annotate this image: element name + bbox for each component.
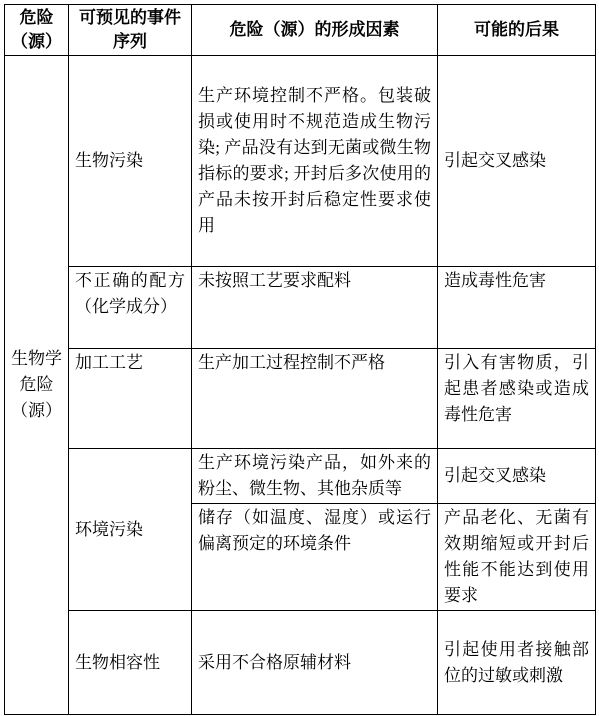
cell-consequence: 引入有害物质，引起患者感染或造成毒性危害 bbox=[438, 349, 596, 449]
cell-factor: 未按照工艺要求配料 bbox=[192, 267, 438, 349]
cell-consequence: 造成毒性危害 bbox=[438, 267, 596, 349]
table-row: 生物相容性 采用不合格原辅材料 引起使用者接触部位的过敏或刺激 bbox=[5, 611, 596, 715]
table-row: 生物学危险（源） 生物污染 生产环境控制不严格。包装破损或使用时不规范造成生物污… bbox=[5, 56, 596, 267]
document-page: 危险（源） 可预见的事件序列 危险（源）的形成因素 可能的后果 生物学危险（源）… bbox=[0, 0, 599, 716]
cell-consequence: 引起交叉感染 bbox=[438, 449, 596, 504]
header-cell-hazard-source: 危险（源） bbox=[5, 5, 69, 56]
hazard-analysis-table: 危险（源） 可预见的事件序列 危险（源）的形成因素 可能的后果 生物学危险（源）… bbox=[4, 4, 596, 715]
cell-factor: 采用不合格原辅材料 bbox=[192, 611, 438, 715]
cell-consequence: 引起使用者接触部位的过敏或刺激 bbox=[438, 611, 596, 715]
cell-consequence: 引起交叉感染 bbox=[438, 56, 596, 267]
table-header-row: 危险（源） 可预见的事件序列 危险（源）的形成因素 可能的后果 bbox=[5, 5, 596, 56]
cell-event: 生物相容性 bbox=[69, 611, 192, 715]
cell-factor: 生产加工过程控制不严格 bbox=[192, 349, 438, 449]
header-cell-formation-factor: 危险（源）的形成因素 bbox=[192, 5, 438, 56]
cell-event: 不正确的配方（化学成分） bbox=[69, 267, 192, 349]
cell-event: 加工工艺 bbox=[69, 349, 192, 449]
table-row: 加工工艺 生产加工过程控制不严格 引入有害物质，引起患者感染或造成毒性危害 bbox=[5, 349, 596, 449]
cell-hazard-source: 生物学危险（源） bbox=[5, 56, 69, 715]
cell-factor: 生产环境控制不严格。包装破损或使用时不规范造成生物污染; 产品没有达到无菌或微生… bbox=[192, 56, 438, 267]
table-row: 环境污染 生产环境污染产品，如外来的粉尘、微生物、其他杂质等 引起交叉感染 bbox=[5, 449, 596, 504]
cell-event: 生物污染 bbox=[69, 56, 192, 267]
header-cell-event-sequence: 可预见的事件序列 bbox=[69, 5, 192, 56]
cell-factor: 储存（如温度、湿度）或运行偏离预定的环境条件 bbox=[192, 504, 438, 611]
cell-consequence: 产品老化、无菌有效期缩短或开封后性能不能达到使用要求 bbox=[438, 504, 596, 611]
cell-event: 环境污染 bbox=[69, 449, 192, 611]
table-row: 不正确的配方（化学成分） 未按照工艺要求配料 造成毒性危害 bbox=[5, 267, 596, 349]
cell-factor: 生产环境污染产品，如外来的粉尘、微生物、其他杂质等 bbox=[192, 449, 438, 504]
header-cell-consequence: 可能的后果 bbox=[438, 5, 596, 56]
